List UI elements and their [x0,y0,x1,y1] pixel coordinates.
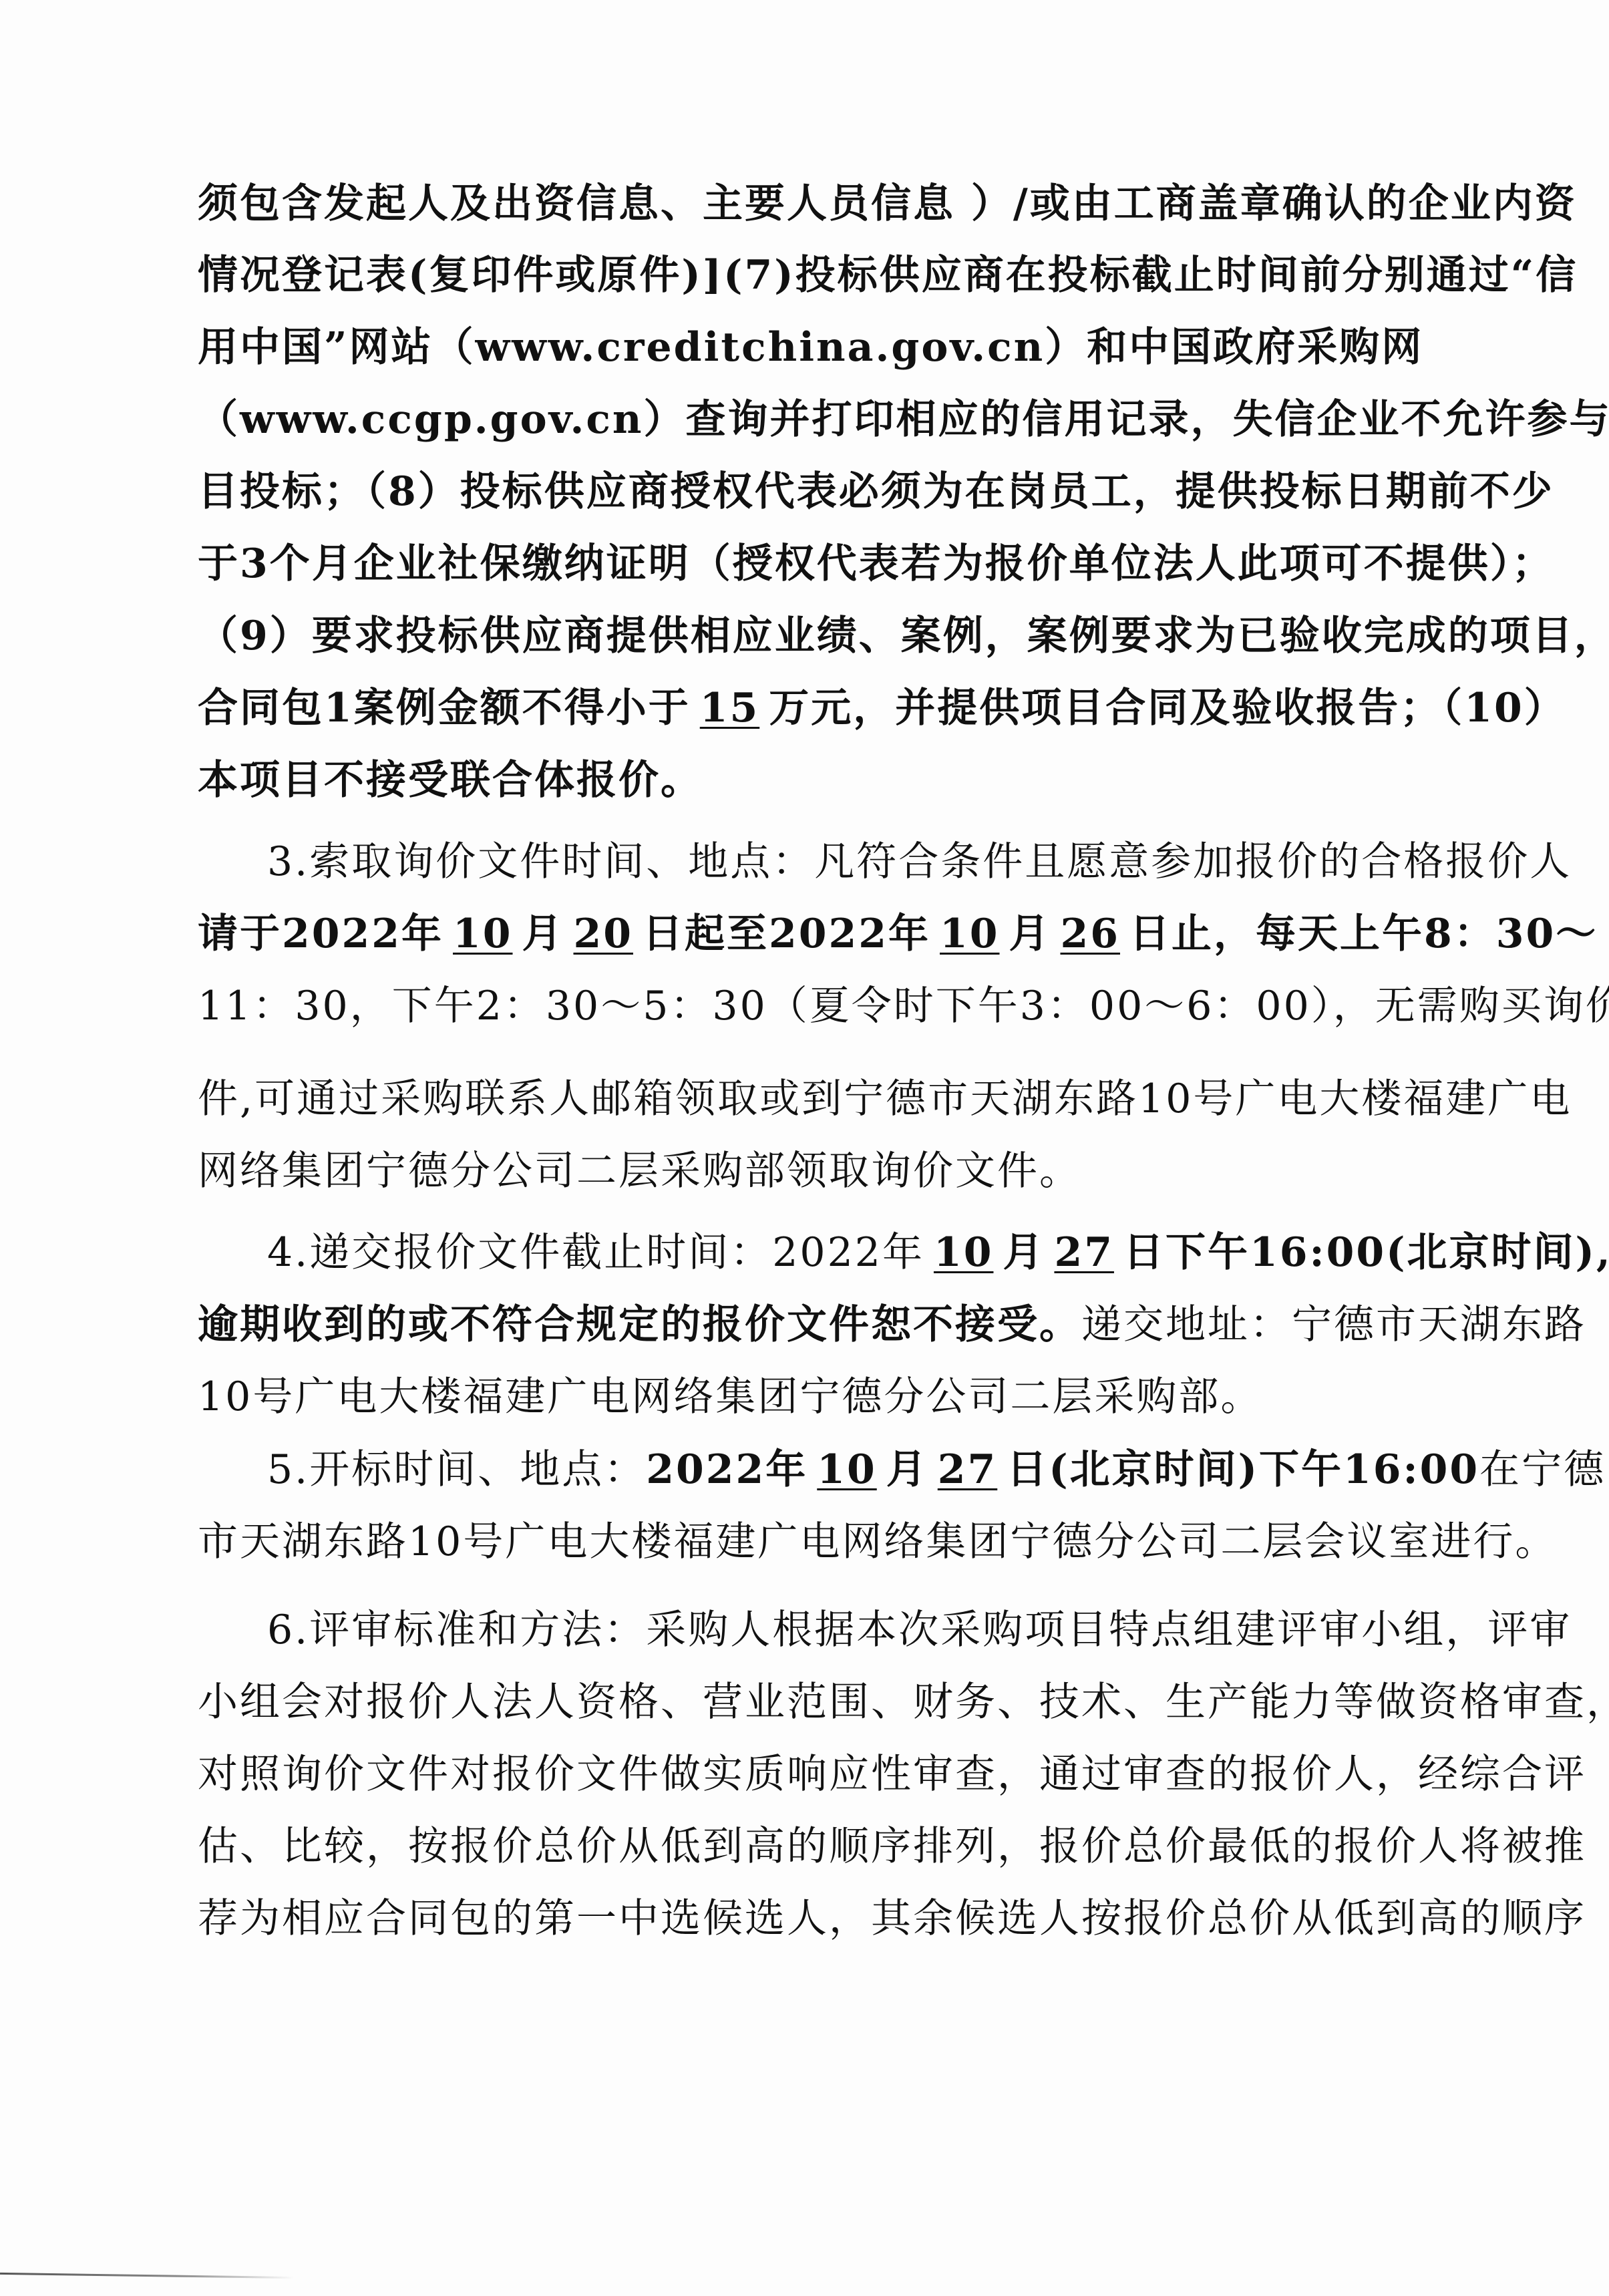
text-line: （9）要求投标供应商提供相应业绩、案例，案例要求为已验收完成的项目， [198,609,1467,663]
section-5-opening: 5.开标时间、地点：2022年10月27日(北京时间)下午16:00在宁德 [267,1443,1536,1496]
text-fragment: 5.开标时间、地点： [267,1446,646,1493]
text-line: 网络集团宁德分公司二层采购部领取询价文件。 [198,1144,1467,1198]
text-fragment: 月 [1003,1229,1045,1276]
text-line: 于3个月企业社保缴纳证明（授权代表若为报价单位法人此项可不提供）； [198,537,1467,591]
start-day: 20 [564,907,643,961]
text-line: 目投标；（8）投标供应商授权代表必须为在岗员工，提供投标日期前不少 [198,465,1467,518]
text-line: 荐为相应合同包的第一中选候选人，其余候选人按报价总价从低到高的顺序 [198,1892,1467,1945]
text-fragment: 日(北京时间)下午16:00 [1007,1446,1479,1493]
text-fragment: 月 [886,1446,928,1493]
text-fragment: 月 [522,911,564,957]
text-fragment: 万元，并提供项目合同及验收报告；（10） [769,685,1566,731]
document-page: 须包含发起人及出资信息、主要人员信息 ）/或由工商盖章确认的企业内资 情况登记表… [0,0,1609,2296]
end-day: 26 [1051,907,1130,961]
case-amount-value: 15 [691,681,769,735]
opening-month: 10 [808,1443,886,1496]
text-fragment: 在宁德 [1479,1446,1606,1493]
opening-day: 27 [928,1443,1007,1496]
section-3-dates: 请于2022年10月20日起至2022年10月26日止，每天上午8：30～ [198,907,1467,961]
text-line: 件,可通过采购联系人邮箱领取或到宁德市天湖东路10号广电大楼福建广电 [198,1072,1467,1126]
case-amount-line: 合同包1案例金额不得小于15万元，并提供项目合同及验收报告；（10） [198,681,1467,735]
text-fragment: 月 [1009,911,1051,957]
text-line: 11：30，下午2：30～5：30（夏令时下午3：00～6：00），无需购买询价… [198,979,1467,1033]
deadline-month: 10 [924,1226,1003,1279]
end-month: 10 [930,907,1009,961]
deadline-day: 27 [1045,1226,1123,1279]
text-line: 10号广电大楼福建广电网络集团宁德分公司二层采购部。 [198,1370,1467,1424]
text-line: 估、比较，按报价总价从低到高的顺序排列，报价总价最低的报价人将被推 [198,1820,1467,1873]
late-submission-warning: 逾期收到的或不符合规定的报价文件恕不接受。 [198,1301,1081,1348]
scan-edge-line [0,2273,294,2279]
text-fragment: 2022年 [646,1446,808,1493]
text-fragment: 合同包1案例金额不得小于 [198,685,691,731]
text-line: 小组会对报价人法人资格、营业范围、财务、技术、生产能力等做资格审查， [198,1675,1467,1729]
text-line: 须包含发起人及出资信息、主要人员信息 ）/或由工商盖章确认的企业内资 [198,177,1467,230]
text-fragment: 递交地址：宁德市天湖东路 [1081,1301,1586,1348]
section-6-heading: 6.评审标准和方法：采购人根据本次采购项目特点组建评审小组，评审 [267,1603,1536,1657]
text-fragment: 4.递交报价文件截止时间：2022年 [267,1229,924,1276]
text-fragment: 日止，每天上午8：30～ [1129,911,1598,957]
text-line: 情况登记表(复印件或原件)](7)投标供应商在投标截止时间前分别通过“信 [198,249,1467,302]
text-fragment: 日起至2022年 [643,911,930,957]
section-4-address: 逾期收到的或不符合规定的报价文件恕不接受。递交地址：宁德市天湖东路 [198,1298,1467,1351]
text-fragment: 日下午16:00(北京时间), [1123,1229,1609,1276]
text-line: 用中国”网站（www.creditchina.gov.cn）和中国政府采购网 [198,321,1467,374]
text-fragment: 请于2022年 [198,911,443,957]
section-4-deadline: 4.递交报价文件截止时间：2022年10月27日下午16:00(北京时间), [267,1226,1536,1279]
text-line: （www.ccgp.gov.cn）查询并打印相应的信用记录，失信企业不允许参与项 [198,393,1467,446]
text-line: 本项目不接受联合体报价。 [198,754,1467,807]
section-3-heading: 3.索取询价文件时间、地点：凡符合条件且愿意参加报价的合格报价人 [267,835,1536,888]
text-line: 市天湖东路10号广电大楼福建广电网络集团宁德分公司二层会议室进行。 [198,1515,1467,1569]
start-month: 10 [443,907,522,961]
text-line: 对照询价文件对报价文件做实质响应性审查，通过审查的报价人，经综合评 [198,1748,1467,1801]
